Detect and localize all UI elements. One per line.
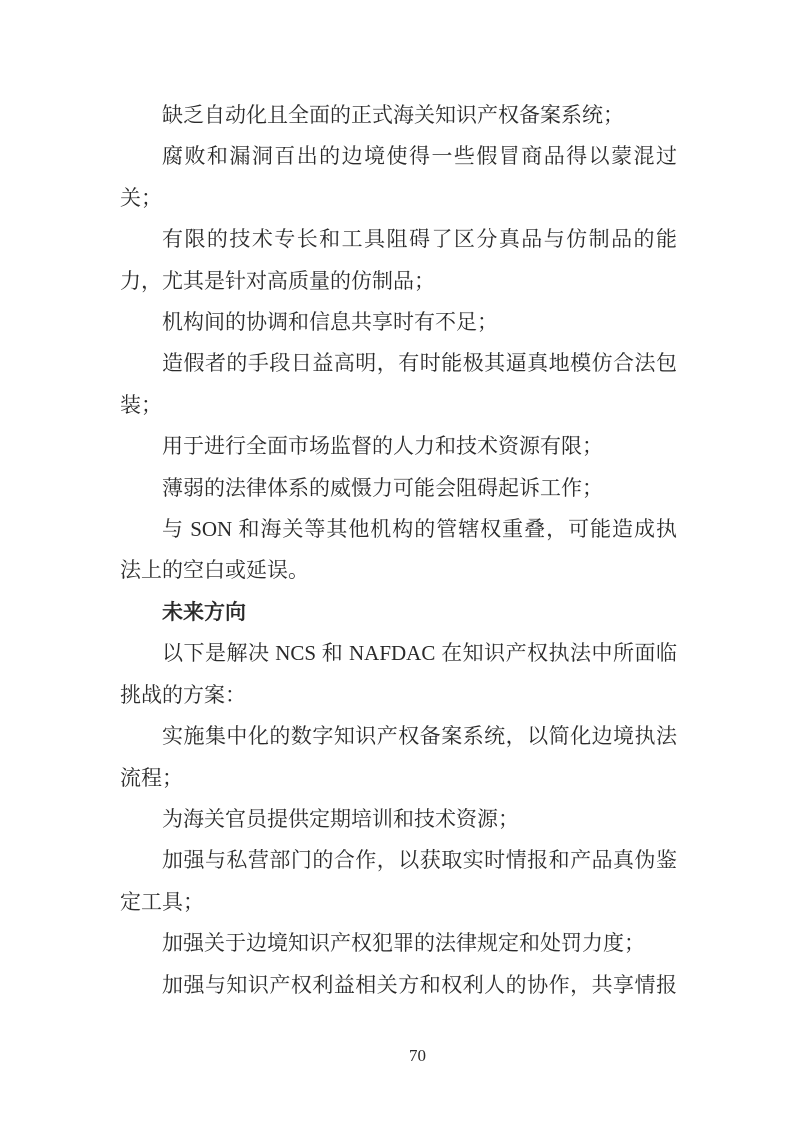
- text-line: 用于进行全面市场监督的人力和技术资源有限；: [120, 426, 677, 467]
- text-line: 与 SON 和海关等其他机构的管辖权重叠，可能造成执: [120, 509, 677, 550]
- text-line: 为海关官员提供定期培训和技术资源；: [120, 799, 677, 840]
- text-line: 实施集中化的数字知识产权备案系统，以简化边境执法: [120, 716, 677, 757]
- text-line: 加强与知识产权利益相关方和权利人的协作，共享情报: [120, 965, 677, 1006]
- text-line: 薄弱的法律体系的威慑力可能会阻碍起诉工作；: [120, 468, 677, 509]
- text-line: 法上的空白或延误。: [120, 550, 677, 591]
- document-page: 缺乏自动化且全面的正式海关知识产权备案系统；腐败和漏洞百出的边境使得一些假冒商品…: [0, 0, 793, 1122]
- text-line: 加强与私营部门的合作，以获取实时情报和产品真伪鉴: [120, 840, 677, 881]
- text-line: 流程；: [120, 758, 677, 799]
- text-line: 关；: [120, 178, 677, 219]
- text-line: 腐败和漏洞百出的边境使得一些假冒商品得以蒙混过: [120, 136, 677, 177]
- text-line: 力，尤其是针对高质量的仿制品；: [120, 261, 677, 302]
- text-line: 有限的技术专长和工具阻碍了区分真品与仿制品的能: [120, 219, 677, 260]
- text-line: 以下是解决 NCS 和 NAFDAC 在知识产权执法中所面临: [120, 633, 677, 674]
- text-line: 机构间的协调和信息共享时有不足；: [120, 302, 677, 343]
- text-line: 定工具；: [120, 882, 677, 923]
- text-line: 挑战的方案：: [120, 675, 677, 716]
- document-body: 缺乏自动化且全面的正式海关知识产权备案系统；腐败和漏洞百出的边境使得一些假冒商品…: [120, 95, 677, 1006]
- text-line: 加强关于边境知识产权犯罪的法律规定和处罚力度；: [120, 923, 677, 964]
- section-heading: 未来方向: [120, 592, 677, 633]
- text-line: 造假者的手段日益高明，有时能极其逼真地模仿合法包: [120, 343, 677, 384]
- page-number: 70: [409, 1047, 426, 1064]
- text-line: 缺乏自动化且全面的正式海关知识产权备案系统；: [120, 95, 677, 136]
- text-line: 装；: [120, 385, 677, 426]
